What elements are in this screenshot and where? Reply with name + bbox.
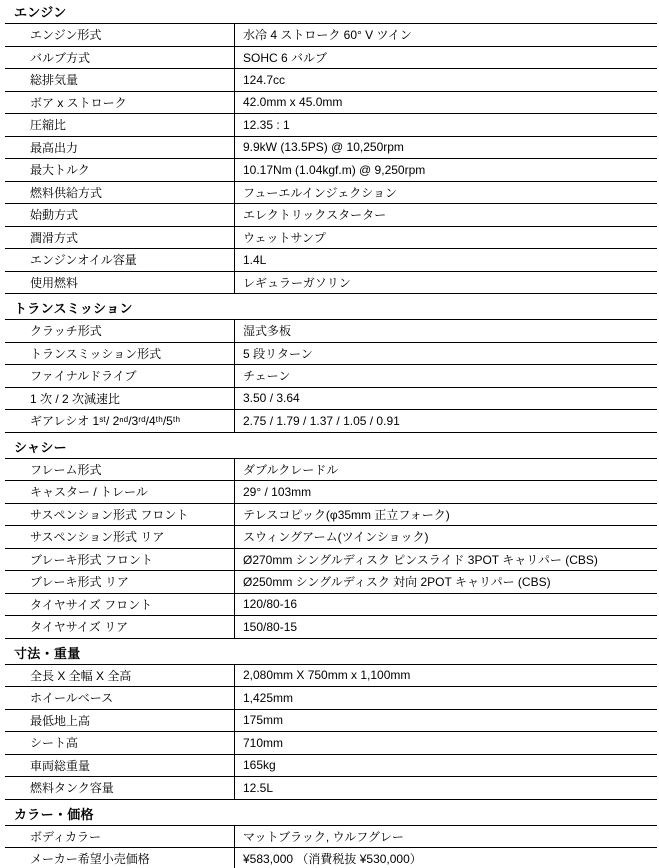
spec-label: エンジン形式: [5, 24, 235, 46]
spec-label: 燃料供給方式: [5, 182, 235, 204]
spec-label: タイヤサイズ リア: [5, 616, 235, 638]
spec-label: エンジンオイル容量: [5, 249, 235, 271]
spec-value: スウィングアーム(ツインショック): [235, 526, 657, 548]
section-title: カラー・価格: [5, 800, 657, 826]
spec-label: メーカー希望小売価格: [5, 848, 235, 868]
spec-row: 車両総重量 165kg: [5, 755, 657, 778]
spec-label: タイヤサイズ フロント: [5, 594, 235, 616]
spec-label: キャスター / トレール: [5, 481, 235, 503]
spec-value: 42.0mm x 45.0mm: [235, 92, 657, 114]
spec-value: 1.4L: [235, 249, 657, 271]
spec-row: ブレーキ形式 フロント Ø270mm シングルディスク ピンスライド 3POT …: [5, 549, 657, 572]
spec-section-color-price: カラー・価格 ボディカラー マットブラック, ウルフグレー メーカー希望小売価格…: [5, 800, 657, 868]
spec-value: 124.7cc: [235, 69, 657, 91]
spec-row: フレーム形式 ダブルクレードル: [5, 459, 657, 482]
spec-value: ¥583,000 （消費税抜 ¥530,000）: [235, 848, 657, 868]
spec-sheet: エンジン エンジン形式 水冷 4 ストローク 60° V ツイン バルブ方式 S…: [0, 0, 659, 868]
spec-value: 12.5L: [235, 777, 657, 799]
spec-label: 潤滑方式: [5, 227, 235, 249]
section-title: シャシー: [5, 433, 657, 459]
section-rows: エンジン形式 水冷 4 ストローク 60° V ツイン バルブ方式 SOHC 6…: [5, 24, 657, 294]
spec-section-dimensions-weight: 寸法・重量 全長 X 全幅 X 全高 2,080mm X 750mm x 1,1…: [5, 639, 657, 800]
spec-label: 1 次 / 2 次減速比: [5, 388, 235, 410]
spec-row: サスペンション形式 フロント テレスコピック(φ35mm 正立フォーク): [5, 504, 657, 527]
spec-value: 3.50 / 3.64: [235, 388, 657, 410]
spec-label: ボディカラー: [5, 826, 235, 848]
section-rows: フレーム形式 ダブルクレードル キャスター / トレール 29° / 103mm…: [5, 459, 657, 639]
spec-value: 165kg: [235, 755, 657, 777]
spec-row: エンジン形式 水冷 4 ストローク 60° V ツイン: [5, 24, 657, 47]
spec-row: タイヤサイズ リア 150/80-15: [5, 616, 657, 639]
spec-row: 始動方式 エレクトリックスターター: [5, 204, 657, 227]
spec-row: 最低地上高 175mm: [5, 710, 657, 733]
spec-row: ブレーキ形式 リア Ø250mm シングルディスク 対向 2POT キャリパー …: [5, 571, 657, 594]
spec-value: 5 段リターン: [235, 343, 657, 365]
section-rows: クラッチ形式 湿式多板 トランスミッション形式 5 段リターン ファイナルドライ…: [5, 320, 657, 433]
spec-label: サスペンション形式 フロント: [5, 504, 235, 526]
spec-row: メーカー希望小売価格 ¥583,000 （消費税抜 ¥530,000）: [5, 848, 657, 868]
section-rows: 全長 X 全幅 X 全高 2,080mm X 750mm x 1,100mm ホ…: [5, 665, 657, 800]
spec-row: ボディカラー マットブラック, ウルフグレー: [5, 826, 657, 849]
spec-label: バルブ方式: [5, 47, 235, 69]
spec-value: エレクトリックスターター: [235, 204, 657, 226]
spec-label: サスペンション形式 リア: [5, 526, 235, 548]
spec-label: 圧縮比: [5, 114, 235, 136]
spec-label: トランスミッション形式: [5, 343, 235, 365]
spec-value: 710mm: [235, 732, 657, 754]
spec-value: 150/80-15: [235, 616, 657, 638]
spec-label: 車両総重量: [5, 755, 235, 777]
spec-label: 始動方式: [5, 204, 235, 226]
spec-row: タイヤサイズ フロント 120/80-16: [5, 594, 657, 617]
spec-row: バルブ方式 SOHC 6 バルブ: [5, 47, 657, 70]
spec-value: マットブラック, ウルフグレー: [235, 826, 657, 848]
spec-value: 1,425mm: [235, 687, 657, 709]
spec-row: ファイナルドライブ チェーン: [5, 365, 657, 388]
spec-label: ボア x ストローク: [5, 92, 235, 114]
spec-label: 総排気量: [5, 69, 235, 91]
spec-value: Ø270mm シングルディスク ピンスライド 3POT キャリパー (CBS): [235, 549, 657, 571]
spec-value: 120/80-16: [235, 594, 657, 616]
spec-label: ギアレシオ 1ˢᵗ/ 2ⁿᵈ/3ʳᵈ/4ᵗʰ/5ᵗʰ: [5, 410, 235, 432]
spec-row: クラッチ形式 湿式多板: [5, 320, 657, 343]
spec-row: ギアレシオ 1ˢᵗ/ 2ⁿᵈ/3ʳᵈ/4ᵗʰ/5ᵗʰ 2.75 / 1.79 /…: [5, 410, 657, 433]
spec-value: テレスコピック(φ35mm 正立フォーク): [235, 504, 657, 526]
spec-row: 燃料タンク容量 12.5L: [5, 777, 657, 800]
spec-value: フューエルインジェクション: [235, 182, 657, 204]
spec-row: トランスミッション形式 5 段リターン: [5, 343, 657, 366]
spec-value: 12.35 : 1: [235, 114, 657, 136]
spec-value: SOHC 6 バルブ: [235, 47, 657, 69]
spec-row: 圧縮比 12.35 : 1: [5, 114, 657, 137]
spec-label: 全長 X 全幅 X 全高: [5, 665, 235, 687]
spec-value: Ø250mm シングルディスク 対向 2POT キャリパー (CBS): [235, 571, 657, 593]
spec-row: 1 次 / 2 次減速比 3.50 / 3.64: [5, 388, 657, 411]
spec-label: ブレーキ形式 リア: [5, 571, 235, 593]
spec-value: 2.75 / 1.79 / 1.37 / 1.05 / 0.91: [235, 410, 657, 432]
spec-value: 湿式多板: [235, 320, 657, 342]
spec-row: 最高出力 9.9kW (13.5PS) @ 10,250rpm: [5, 137, 657, 160]
spec-label: フレーム形式: [5, 459, 235, 481]
spec-value: ダブルクレードル: [235, 459, 657, 481]
spec-label: 最大トルク: [5, 159, 235, 181]
spec-section-chassis: シャシー フレーム形式 ダブルクレードル キャスター / トレール 29° / …: [5, 433, 657, 639]
spec-label: ファイナルドライブ: [5, 365, 235, 387]
spec-value: 175mm: [235, 710, 657, 732]
spec-label: ブレーキ形式 フロント: [5, 549, 235, 571]
spec-row: 燃料供給方式 フューエルインジェクション: [5, 182, 657, 205]
spec-row: ホイールベース 1,425mm: [5, 687, 657, 710]
spec-row: サスペンション形式 リア スウィングアーム(ツインショック): [5, 526, 657, 549]
spec-row: ボア x ストローク 42.0mm x 45.0mm: [5, 92, 657, 115]
spec-label: シート高: [5, 732, 235, 754]
spec-value: 9.9kW (13.5PS) @ 10,250rpm: [235, 137, 657, 159]
spec-label: 使用燃料: [5, 272, 235, 294]
spec-label: クラッチ形式: [5, 320, 235, 342]
spec-label: 燃料タンク容量: [5, 777, 235, 799]
section-title: エンジン: [5, 2, 657, 24]
spec-row: エンジンオイル容量 1.4L: [5, 249, 657, 272]
spec-value: 10.17Nm (1.04kgf.m) @ 9,250rpm: [235, 159, 657, 181]
spec-row: 総排気量 124.7cc: [5, 69, 657, 92]
spec-value: ウェットサンプ: [235, 227, 657, 249]
spec-label: 最低地上高: [5, 710, 235, 732]
spec-value: 29° / 103mm: [235, 481, 657, 503]
spec-section-transmission: トランスミッション クラッチ形式 湿式多板 トランスミッション形式 5 段リター…: [5, 294, 657, 433]
spec-row: キャスター / トレール 29° / 103mm: [5, 481, 657, 504]
spec-label: ホイールベース: [5, 687, 235, 709]
section-title: 寸法・重量: [5, 639, 657, 665]
spec-value: レギュラーガソリン: [235, 272, 657, 294]
spec-value: 水冷 4 ストローク 60° V ツイン: [235, 24, 657, 46]
spec-label: 最高出力: [5, 137, 235, 159]
spec-value: 2,080mm X 750mm x 1,100mm: [235, 665, 657, 687]
spec-section-engine: エンジン エンジン形式 水冷 4 ストローク 60° V ツイン バルブ方式 S…: [5, 2, 657, 294]
section-rows: ボディカラー マットブラック, ウルフグレー メーカー希望小売価格 ¥583,0…: [5, 826, 657, 868]
spec-row: 潤滑方式 ウェットサンプ: [5, 227, 657, 250]
spec-row: 全長 X 全幅 X 全高 2,080mm X 750mm x 1,100mm: [5, 665, 657, 688]
spec-row: 使用燃料 レギュラーガソリン: [5, 272, 657, 295]
spec-row: シート高 710mm: [5, 732, 657, 755]
spec-row: 最大トルク 10.17Nm (1.04kgf.m) @ 9,250rpm: [5, 159, 657, 182]
section-title: トランスミッション: [5, 294, 657, 320]
spec-value: チェーン: [235, 365, 657, 387]
